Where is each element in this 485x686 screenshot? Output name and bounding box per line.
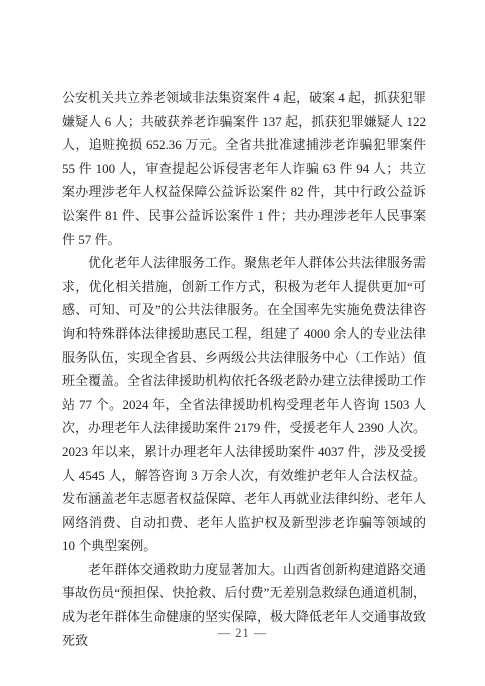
document-body: 公安机关共立养老领域非法集资案件 4 起，破案 4 起，抓获犯罪嫌疑人 6 人；… (62, 86, 426, 652)
paragraph-legal-services: 优化老年人法律服务工作。聚焦老年人群体公共法律服务需求，优化相关措施，创新工作方… (62, 251, 426, 558)
paragraph-fraud-enforcement: 公安机关共立养老领域非法集资案件 4 起，破案 4 起，抓获犯罪嫌疑人 6 人；… (62, 86, 426, 251)
page-number: — 21 — (0, 626, 485, 641)
document-page: 公安机关共立养老领域非法集资案件 4 起，破案 4 起，抓获犯罪嫌疑人 6 人；… (0, 0, 485, 686)
